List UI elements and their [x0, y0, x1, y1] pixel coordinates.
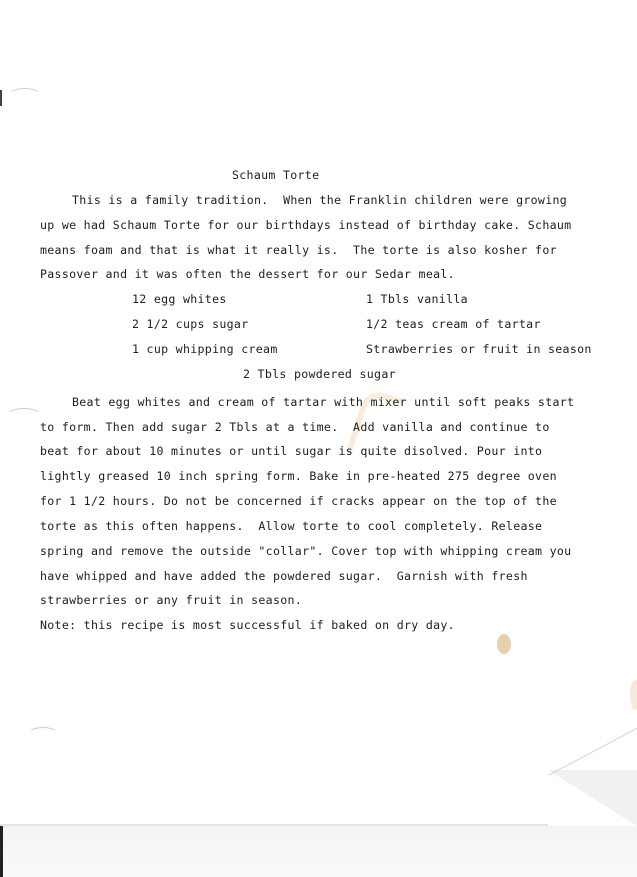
paper-crease	[28, 727, 58, 741]
directions-line: torte as this often happens. Allow torte…	[40, 519, 542, 533]
paper-stain	[497, 634, 511, 654]
scan-edge-shadow	[0, 826, 3, 877]
directions-line: for 1 1/2 hours. Do not be concerned if …	[40, 494, 557, 508]
intro-line: up we had Schaum Torte for our birthdays…	[40, 218, 571, 232]
scanner-background	[0, 826, 637, 877]
paper-stain	[630, 680, 637, 710]
paper-crease	[6, 408, 42, 422]
directions-line: strawberries or any fruit in season.	[40, 593, 302, 607]
directions-line: lightly greased 10 inch spring form. Bak…	[40, 469, 557, 483]
page-bottom-edge	[0, 824, 548, 826]
directions-line: spring and remove the outside "collar". …	[40, 544, 571, 558]
recipe-note: Note: this recipe is most successful if …	[40, 618, 455, 632]
directions-line: Beat egg whites and cream of tartar with…	[72, 395, 574, 409]
ingredient-item: 12 egg whites	[132, 292, 227, 306]
ingredient-item: 2 Tbls powdered sugar	[243, 367, 396, 381]
intro-line: This is a family tradition. When the Fra…	[72, 193, 567, 207]
directions-line: to form. Then add sugar 2 Tbls at a time…	[40, 420, 550, 434]
ingredient-item: 1 Tbls vanilla	[366, 292, 468, 306]
folded-corner	[548, 770, 637, 826]
scan-edge-mark	[0, 90, 2, 106]
intro-line: Passover and it was often the dessert fo…	[40, 267, 455, 281]
scanned-page	[0, 0, 637, 826]
ingredient-item: 1/2 teas cream of tartar	[366, 317, 541, 331]
ingredient-item: 2 1/2 cups sugar	[132, 317, 248, 331]
ingredient-item: 1 cup whipping cream	[132, 342, 278, 356]
ingredient-item: Strawberries or fruit in season	[366, 342, 592, 356]
intro-line: means foam and that is what it really is…	[40, 243, 557, 257]
directions-line: beat for about 10 minutes or until sugar…	[40, 444, 542, 458]
directions-line: have whipped and have added the powdered…	[40, 569, 528, 583]
recipe-title: Schaum Torte	[232, 168, 319, 182]
paper-crease	[8, 88, 42, 104]
